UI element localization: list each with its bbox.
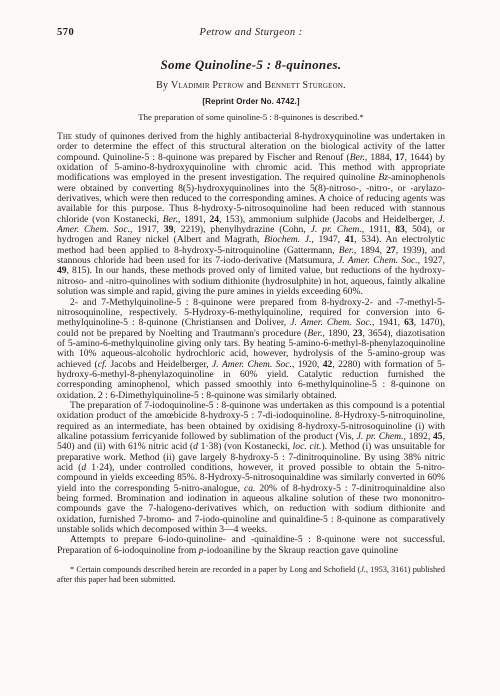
footnote: * Certain compounds described herein are… bbox=[57, 565, 445, 585]
article-body: The study of quinones derived from the h… bbox=[57, 132, 445, 556]
page-header: 570 Petrow and Sturgeon : bbox=[57, 27, 445, 41]
abstract: The preparation of some quinoline-5 : 8-… bbox=[57, 112, 445, 122]
byline: By Vladimir Petrow and Bennett Sturgeon. bbox=[57, 80, 445, 91]
paragraph-4: Attempts to prepare 6-iodo-quinoline- an… bbox=[57, 535, 445, 556]
reprint-order: [Reprint Order No. 4742.] bbox=[57, 97, 445, 106]
paragraph-2: 2- and 7-Methylquinoline-5 : 8-quinone w… bbox=[57, 298, 445, 401]
paragraph-3: The preparation of 7-iodoquinoline-5 : 8… bbox=[57, 401, 445, 535]
article-title: Some Quinoline-5 : 8-quinones. bbox=[57, 57, 445, 73]
paper-page: 570 Petrow and Sturgeon : Some Quinoline… bbox=[0, 0, 500, 696]
paragraph-1: The study of quinones derived from the h… bbox=[57, 132, 445, 298]
running-head: Petrow and Sturgeon : bbox=[57, 27, 445, 38]
